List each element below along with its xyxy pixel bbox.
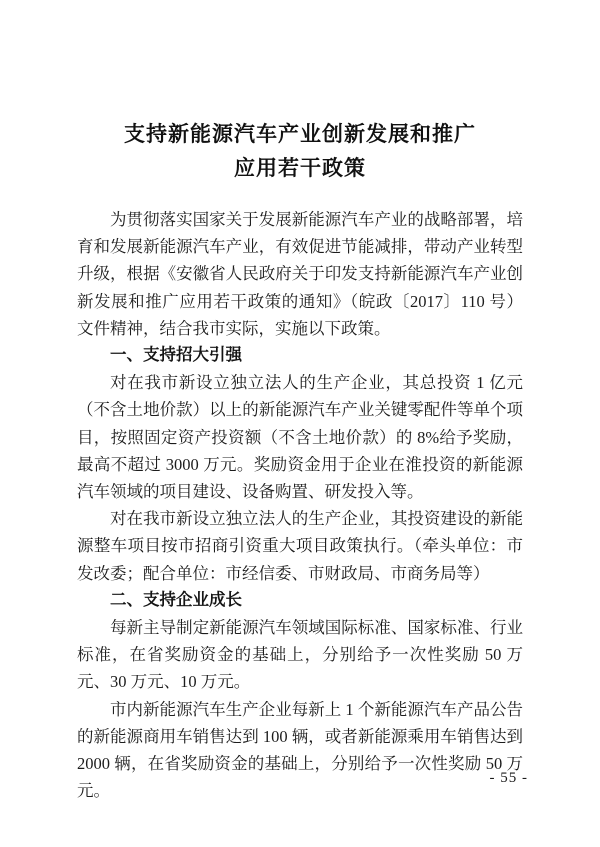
document-title-line-1: 支持新能源汽车产业创新发展和推广 [0,117,600,151]
section-heading-1: 一、支持招大引强 [77,342,523,369]
paragraph-section2-policy2: 市内新能源汽车生产企业每新上 1 个新能源汽车产品公告的新能源商用车销售达到 1… [77,696,523,805]
document-title: 支持新能源汽车产业创新发展和推广 应用若干政策 [0,0,600,185]
paragraph-section2-policy1: 每新主导制定新能源汽车领域国际标准、国家标准、行业标准，在省奖励资金的基础上，分… [77,614,523,696]
paragraph-intro: 为贯彻落实国家关于发展新能源汽车产业的战略部署，培育和发展新能源汽车产业，有效促… [77,206,523,342]
paragraph-section1-policy2: 对在我市新设立独立法人的生产企业，其投资建设的新能源整车项目按市招商引资重大项目… [77,505,523,587]
document-page: 支持新能源汽车产业创新发展和推广 应用若干政策 为贯彻落实国家关于发展新能源汽车… [0,0,600,847]
document-title-line-2: 应用若干政策 [0,151,600,185]
section-heading-2: 二、支持企业成长 [77,587,523,614]
document-body: 为贯彻落实国家关于发展新能源汽车产业的战略部署，培育和发展新能源汽车产业，有效促… [77,206,523,804]
paragraph-section1-policy1: 对在我市新设立独立法人的生产企业，其总投资 1 亿元（不含土地价款）以上的新能源… [77,369,523,505]
page-number: - 55 - [490,770,529,787]
